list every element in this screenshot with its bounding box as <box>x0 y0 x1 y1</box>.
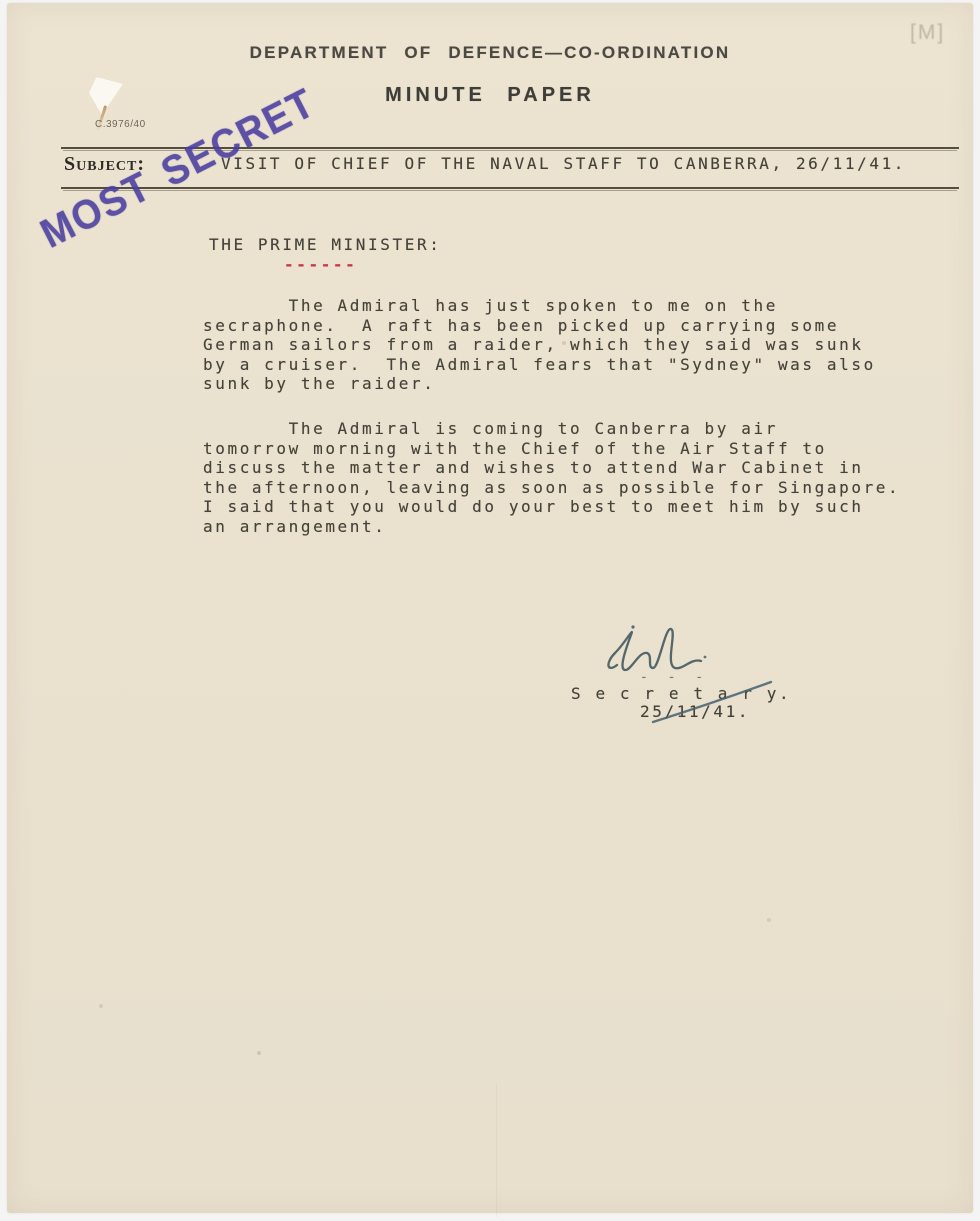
department-header: DEPARTMENT OF DEFENCE—CO-ORDINATION <box>7 43 973 63</box>
document-type-title: MINUTE PAPER <box>7 84 973 107</box>
body-paragraph-1: The Admiral has just spoken to me on the… <box>203 296 876 394</box>
form-number: C.3976/40 <box>95 119 146 130</box>
paper-specks <box>7 3 9 5</box>
faint-corner-annotation: [M] <box>910 21 945 45</box>
paper-crease <box>496 1083 497 1217</box>
minute-paper-sheet: DEPARTMENT OF DEFENCE—CO-ORDINATION MINU… <box>7 3 973 1213</box>
salutation-underline: ------ <box>284 255 357 274</box>
horizontal-rule-bottom <box>61 187 959 189</box>
subject-line: VISIT OF CHIEF OF THE NAVAL STAFF TO CAN… <box>221 154 906 173</box>
pen-strike-through <box>625 668 805 730</box>
body-paragraph-2: The Admiral is coming to Canberra by air… <box>203 419 900 537</box>
salutation: THE PRIME MINISTER: <box>209 235 441 254</box>
